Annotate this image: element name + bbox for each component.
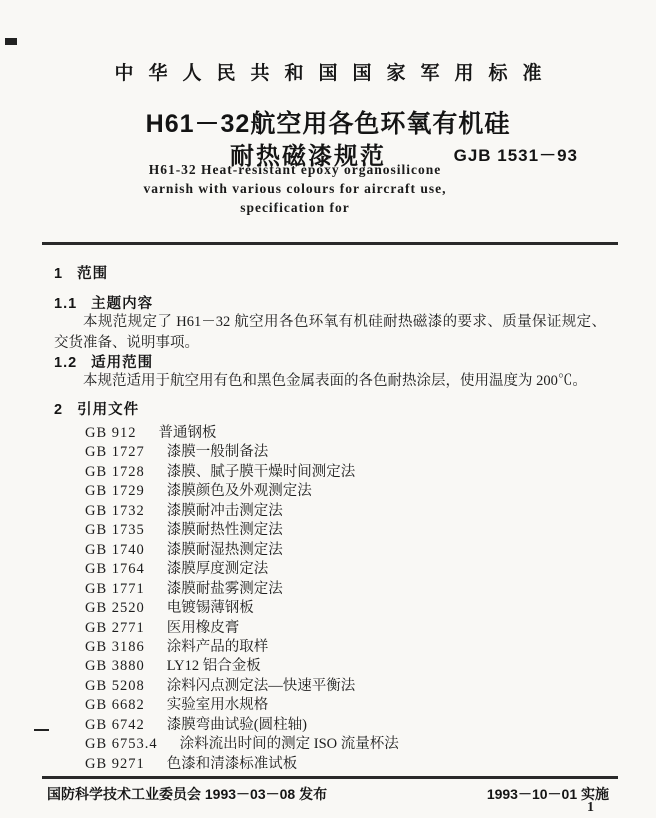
reference-code: GB 912 [85, 424, 137, 443]
reference-code: GB 1735 [85, 521, 145, 540]
reference-code: GB 1727 [85, 443, 145, 462]
reference-item: GB 3880LY12 铝合金板 [85, 657, 605, 676]
reference-code: GB 6753.4 [85, 735, 158, 754]
section-1-1-number: 1.1 [54, 296, 77, 312]
reference-item: GB 1728漆膜、腻子膜干燥时间测定法 [85, 463, 605, 482]
reference-code: GB 3186 [85, 638, 145, 657]
reference-item: GB 2771医用橡皮膏 [85, 619, 605, 638]
reference-item: GB 6742漆膜弯曲试验(圆柱轴) [85, 716, 605, 735]
reference-code: GB 3880 [85, 657, 145, 676]
section-1-2-paragraph: 本规范适用于航空用有色和黑色金属表面的各色耐热涂层，使用温度为 200℃。 [54, 371, 614, 392]
reference-item: GB 1732漆膜耐冲击测定法 [85, 502, 605, 521]
reference-list: GB 912普通钢板 GB 1727漆膜一般制备法 GB 1728漆膜、腻子膜干… [85, 424, 605, 774]
section-2-title: 引用文件 [77, 402, 139, 418]
header-divider-rule [42, 242, 618, 245]
reference-code: GB 2771 [85, 619, 145, 638]
reference-code: GB 1740 [85, 541, 145, 560]
reference-title: 漆膜耐湿热测定法 [167, 542, 283, 558]
title-en-line3: specification for [0, 200, 590, 216]
reference-code: GB 5208 [85, 677, 145, 696]
scan-artifact-dash [34, 729, 49, 731]
footer-issued-by-date: 国防科学技术工业委员会 1993－03－08 发布 [47, 784, 327, 804]
reference-code: GB 1728 [85, 463, 145, 482]
reference-title: 漆膜耐盐雾测定法 [167, 581, 283, 597]
reference-title: 实验室用水规格 [167, 697, 269, 713]
reference-code: GB 1771 [85, 580, 145, 599]
reference-title: 涂料流出时间的测定 ISO 流量杯法 [180, 736, 399, 752]
section-1-1-heading: 1.1主题内容 [54, 292, 153, 313]
footer: 国防科学技术工业委员会 1993－03－08 发布 1993－10－01 实施 [47, 784, 609, 804]
reference-title: 漆膜弯曲试验(圆柱轴) [167, 717, 307, 733]
reference-title: 漆膜耐冲击测定法 [167, 503, 283, 519]
standard-kicker: 中华人民共和国国家军用标准 [0, 58, 656, 85]
reference-item: GB 5208涂料闪点测定法—快速平衡法 [85, 677, 605, 696]
reference-title: 色漆和清漆标准试板 [167, 756, 298, 772]
section-2-heading: 2引用文件 [54, 398, 139, 419]
reference-title: LY12 铝合金板 [167, 658, 261, 674]
section-1-2-title: 适用范围 [91, 355, 153, 371]
reference-title: 漆膜耐热性测定法 [167, 522, 283, 538]
reference-item: GB 1735漆膜耐热性测定法 [85, 521, 605, 540]
reference-item: GB 1727漆膜一般制备法 [85, 443, 605, 462]
title-cn-line1: H61－32航空用各色环氧有机硅 [0, 104, 656, 140]
reference-item: GB 6682实验室用水规格 [85, 696, 605, 715]
reference-item: GB 9271色漆和清漆标准试板 [85, 755, 605, 774]
reference-code: GB 6682 [85, 696, 145, 715]
title-en-line2: varnish with various colours for aircraf… [0, 181, 590, 197]
reference-title: 医用橡皮膏 [167, 620, 240, 636]
section-1-title: 范围 [77, 266, 108, 282]
reference-title: 电镀锡薄钢板 [167, 600, 254, 616]
reference-item: GB 1764漆膜厚度测定法 [85, 560, 605, 579]
reference-title: 漆膜一般制备法 [167, 444, 269, 460]
reference-item: GB 1771漆膜耐盐雾测定法 [85, 580, 605, 599]
reference-title: 涂料闪点测定法—快速平衡法 [167, 678, 356, 694]
reference-title: 漆膜厚度测定法 [167, 561, 269, 577]
reference-code: GB 1729 [85, 482, 145, 501]
section-1-1-title: 主题内容 [91, 296, 153, 312]
reference-code: GB 2520 [85, 599, 145, 618]
section-1-heading: 1范围 [54, 262, 108, 283]
reference-item: GB 2520电镀锡薄钢板 [85, 599, 605, 618]
reference-code: GB 1764 [85, 560, 145, 579]
reference-item: GB 1729漆膜颜色及外观测定法 [85, 482, 605, 501]
footer-divider-rule [42, 776, 618, 779]
section-1-2-heading: 1.2适用范围 [54, 351, 153, 372]
reference-item: GB 1740漆膜耐湿热测定法 [85, 541, 605, 560]
section-2-number: 2 [54, 402, 63, 418]
standard-document-page: 中华人民共和国国家军用标准 H61－32航空用各色环氧有机硅 耐热磁漆规范 GJ… [0, 0, 656, 818]
reference-item: GB 912普通钢板 [85, 424, 605, 443]
reference-title: 涂料产品的取样 [167, 639, 269, 655]
reference-code: GB 9271 [85, 755, 145, 774]
scan-artifact-mark [5, 38, 17, 45]
reference-item: GB 6753.4涂料流出时间的测定 ISO 流量杯法 [85, 735, 605, 754]
reference-title: 普通钢板 [159, 425, 217, 441]
page-number: 1 [587, 800, 594, 816]
section-1-2-number: 1.2 [54, 355, 77, 371]
reference-item: GB 3186涂料产品的取样 [85, 638, 605, 657]
reference-code: GB 6742 [85, 716, 145, 735]
reference-code: GB 1732 [85, 502, 145, 521]
reference-title: 漆膜、腻子膜干燥时间测定法 [167, 464, 356, 480]
reference-title: 漆膜颜色及外观测定法 [167, 483, 312, 499]
title-en-line1: H61-32 Heat-resistant epoxy organosilico… [0, 162, 590, 178]
section-1-1-paragraph: 本规范规定了 H61－32 航空用各色环氧有机硅耐热磁漆的要求、质量保证规定、交… [54, 312, 606, 354]
section-1-number: 1 [54, 266, 63, 282]
